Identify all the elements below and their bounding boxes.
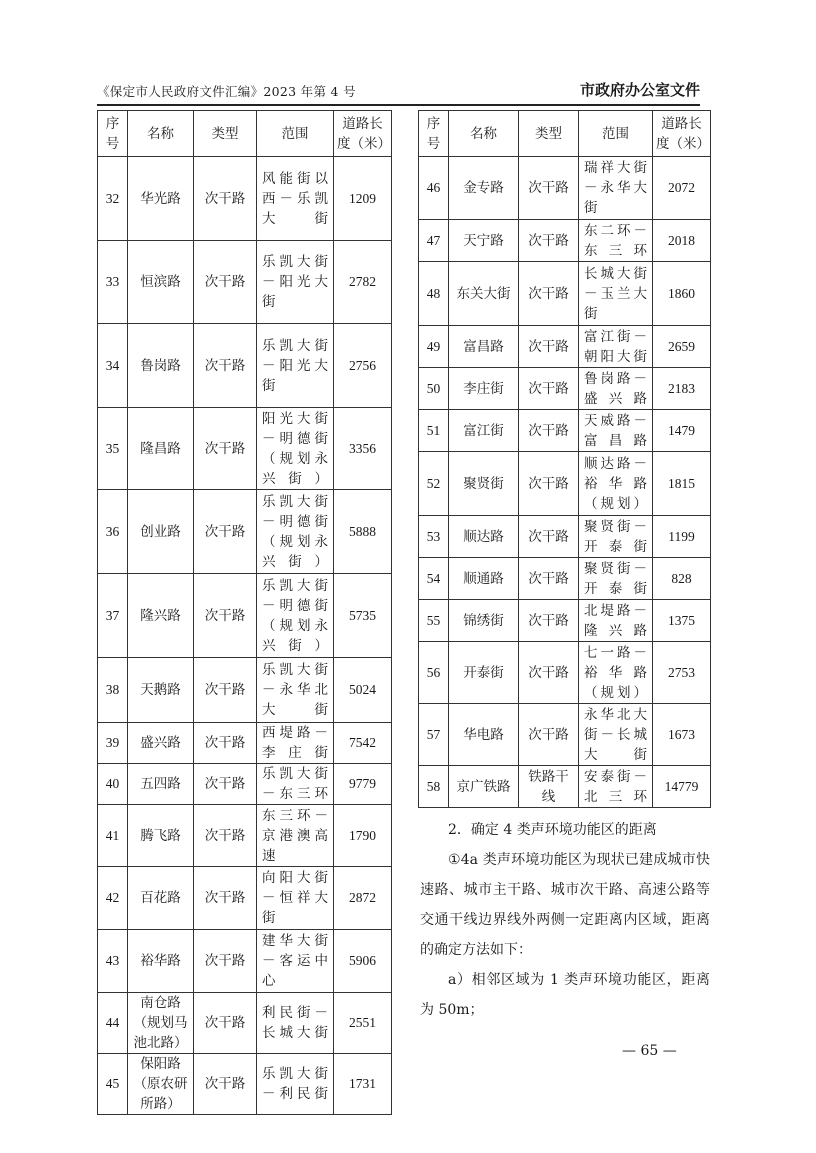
road-length: 3356 — [334, 408, 392, 490]
header-type: 类型 — [194, 111, 257, 157]
road-name: 顺通路 — [449, 558, 519, 600]
table-row: 33恒滨路次干路乐凯大街－阳光大街2782 — [98, 241, 392, 324]
road-type: 次干路 — [194, 993, 257, 1054]
row-number: 44 — [98, 993, 128, 1054]
table-row: 50李庄街次干路鲁岗路－盛兴路2183 — [419, 368, 711, 410]
road-type: 次干路 — [519, 704, 579, 766]
road-range: 富江街－朝阳大街 — [579, 326, 653, 368]
road-name: 东关大街 — [449, 262, 519, 326]
road-name: 鲁岗路 — [128, 324, 194, 408]
road-type: 次干路 — [194, 490, 257, 574]
road-name: 盛兴路 — [128, 723, 194, 764]
table-row: 44南仓路（规划马池北路）次干路利民街－长城大街2551 — [98, 993, 392, 1054]
road-length: 1479 — [653, 410, 711, 452]
row-number: 56 — [419, 642, 449, 704]
table-row: 58京广铁路铁路干线安泰街－北三环14779 — [419, 766, 711, 808]
table-row: 34鲁岗路次干路乐凯大街－阳光大街2756 — [98, 324, 392, 408]
row-number: 36 — [98, 490, 128, 574]
road-range: 永华北大街－长城大街 — [579, 704, 653, 766]
road-length: 1790 — [334, 805, 392, 867]
road-length: 7542 — [334, 723, 392, 764]
table-row: 52聚贤街次干路顺达路－裕华路（规划）1815 — [419, 452, 711, 516]
road-type: 次干路 — [194, 241, 257, 324]
road-length: 2018 — [653, 220, 711, 262]
road-range: 东二环－东三环 — [579, 220, 653, 262]
road-name: 隆昌路 — [128, 408, 194, 490]
road-range: 阳光大街－明德街（规划永兴街） — [257, 408, 334, 490]
row-number: 49 — [419, 326, 449, 368]
row-number: 40 — [98, 764, 128, 805]
road-length: 5735 — [334, 574, 392, 658]
road-range: 风能街以西－乐凯大街 — [257, 157, 334, 241]
road-range: 天威路－富昌路 — [579, 410, 653, 452]
table-row: 45保阳路（原农研所路）次干路乐凯大街－利民街1731 — [98, 1054, 392, 1115]
header-no: 序号 — [98, 111, 128, 157]
road-type: 次干路 — [194, 867, 257, 930]
road-type: 次干路 — [519, 600, 579, 642]
table-row: 32华光路次干路风能街以西－乐凯大街1209 — [98, 157, 392, 241]
paragraph-line: 速路、城市主干路、城市次干路、高速公路等 — [420, 875, 710, 905]
road-type: 次干路 — [194, 805, 257, 867]
road-name: 隆兴路 — [128, 574, 194, 658]
road-type: 次干路 — [519, 516, 579, 558]
road-type: 铁路干线 — [519, 766, 579, 808]
road-name: 华光路 — [128, 157, 194, 241]
road-range: 乐凯大街－阳光大街 — [257, 324, 334, 408]
table-row: 43裕华路次干路建华大街－客运中心5906 — [98, 930, 392, 993]
header-name: 名称 — [449, 111, 519, 157]
row-number: 37 — [98, 574, 128, 658]
road-name: 富昌路 — [449, 326, 519, 368]
road-type: 次干路 — [194, 930, 257, 993]
road-length: 14779 — [653, 766, 711, 808]
road-range: 乐凯大街－利民街 — [257, 1054, 334, 1115]
row-number: 51 — [419, 410, 449, 452]
row-number: 42 — [98, 867, 128, 930]
road-range: 七一路－裕华路（规划） — [579, 642, 653, 704]
section-heading: 2．确定 4 类声环境功能区的距离 — [420, 815, 710, 845]
road-length: 2072 — [653, 157, 711, 220]
road-range: 聚贤街－开泰街 — [579, 558, 653, 600]
table-row: 35隆昌路次干路阳光大街－明德街（规划永兴街）3356 — [98, 408, 392, 490]
road-length: 2183 — [653, 368, 711, 410]
paragraph-line: a）相邻区域为 1 类声环境功能区，距离 — [420, 965, 710, 995]
road-length: 2753 — [653, 642, 711, 704]
road-name: 裕华路 — [128, 930, 194, 993]
paragraph-line: 交通干线边界线外两侧一定距离内区域，距离 — [420, 905, 710, 935]
road-name: 百花路 — [128, 867, 194, 930]
row-number: 34 — [98, 324, 128, 408]
road-name: 聚贤街 — [449, 452, 519, 516]
road-range: 乐凯大街－明德街（规划永兴街） — [257, 574, 334, 658]
row-number: 43 — [98, 930, 128, 993]
paragraph-line: ①4a 类声环境功能区为现状已建成城市快 — [420, 845, 710, 875]
table-row: 36创业路次干路乐凯大街－明德街（规划永兴街）5888 — [98, 490, 392, 574]
road-length: 2659 — [653, 326, 711, 368]
body-text: 2．确定 4 类声环境功能区的距离 ①4a 类声环境功能区为现状已建成城市快 速… — [420, 815, 710, 1025]
road-name: 顺达路 — [449, 516, 519, 558]
road-range: 向阳大街－恒祥大街 — [257, 867, 334, 930]
row-number: 53 — [419, 516, 449, 558]
row-number: 58 — [419, 766, 449, 808]
road-type: 次干路 — [194, 157, 257, 241]
row-number: 46 — [419, 157, 449, 220]
row-number: 55 — [419, 600, 449, 642]
road-name: 锦绣街 — [449, 600, 519, 642]
road-range: 鲁岗路－盛兴路 — [579, 368, 653, 410]
road-name: 南仓路（规划马池北路） — [128, 993, 194, 1054]
road-range: 乐凯大街－明德街（规划永兴街） — [257, 490, 334, 574]
header-length: 道路长度（米） — [334, 111, 392, 157]
page-number: — 65 — — [622, 1043, 677, 1059]
road-type: 次干路 — [519, 220, 579, 262]
road-type: 次干路 — [519, 410, 579, 452]
table-header-row: 序号 名称 类型 范围 道路长度（米） — [98, 111, 392, 157]
row-number: 47 — [419, 220, 449, 262]
table-row: 51富江街次干路天威路－富昌路1479 — [419, 410, 711, 452]
road-type: 次干路 — [519, 558, 579, 600]
road-range: 瑞祥大街－永华大街 — [579, 157, 653, 220]
road-name: 天鹅路 — [128, 658, 194, 723]
row-number: 33 — [98, 241, 128, 324]
row-number: 35 — [98, 408, 128, 490]
road-name: 富江街 — [449, 410, 519, 452]
row-number: 45 — [98, 1054, 128, 1115]
road-length: 5906 — [334, 930, 392, 993]
section-title: 市政府办公室文件 — [580, 79, 700, 100]
table-row: 48东关大街次干路长城大街－玉兰大街1860 — [419, 262, 711, 326]
row-number: 41 — [98, 805, 128, 867]
road-type: 次干路 — [519, 452, 579, 516]
road-name: 天宁路 — [449, 220, 519, 262]
table-row: 49富昌路次干路富江街－朝阳大街2659 — [419, 326, 711, 368]
road-type: 次干路 — [194, 574, 257, 658]
road-length: 2756 — [334, 324, 392, 408]
road-name: 京广铁路 — [449, 766, 519, 808]
table-row: 54顺通路次干路聚贤街－开泰街828 — [419, 558, 711, 600]
table-row: 46金专路次干路瑞祥大街－永华大街2072 — [419, 157, 711, 220]
road-name: 李庄街 — [449, 368, 519, 410]
road-name: 金专路 — [449, 157, 519, 220]
row-number: 39 — [98, 723, 128, 764]
table-row: 53顺达路次干路聚贤街－开泰街1199 — [419, 516, 711, 558]
publication-title: 《保定市人民政府文件汇编》2023 年第 4 号 — [97, 82, 356, 100]
table-row: 55锦绣街次干路北堤路－隆兴路1375 — [419, 600, 711, 642]
row-number: 32 — [98, 157, 128, 241]
road-name: 腾飞路 — [128, 805, 194, 867]
road-type: 次干路 — [519, 642, 579, 704]
road-name: 五四路 — [128, 764, 194, 805]
road-type: 次干路 — [194, 324, 257, 408]
road-length: 1199 — [653, 516, 711, 558]
road-range: 长城大街－玉兰大街 — [579, 262, 653, 326]
header-type: 类型 — [519, 111, 579, 157]
row-number: 57 — [419, 704, 449, 766]
paragraph-line: 的确定方法如下： — [420, 935, 710, 965]
row-number: 38 — [98, 658, 128, 723]
table-header-row: 序号 名称 类型 范围 道路长度（米） — [419, 111, 711, 157]
road-range: 乐凯大街－阳光大街 — [257, 241, 334, 324]
road-length: 1375 — [653, 600, 711, 642]
road-range: 东三环－京港澳高速 — [257, 805, 334, 867]
road-type: 次干路 — [519, 262, 579, 326]
road-length: 2782 — [334, 241, 392, 324]
road-range: 西堤路－李庄街 — [257, 723, 334, 764]
road-range: 聚贤街－开泰街 — [579, 516, 653, 558]
table-row: 57华电路次干路永华北大街－长城大街1673 — [419, 704, 711, 766]
roads-table-left: 序号 名称 类型 范围 道路长度（米） 32华光路次干路风能街以西－乐凯大街12… — [97, 110, 392, 1115]
road-length: 2551 — [334, 993, 392, 1054]
road-name: 恒滨路 — [128, 241, 194, 324]
road-name: 开泰街 — [449, 642, 519, 704]
road-length: 1673 — [653, 704, 711, 766]
header-no: 序号 — [419, 111, 449, 157]
header-name: 名称 — [128, 111, 194, 157]
road-length: 5024 — [334, 658, 392, 723]
road-length: 828 — [653, 558, 711, 600]
header-length: 道路长度（米） — [653, 111, 711, 157]
table-row: 37隆兴路次干路乐凯大街－明德街（规划永兴街）5735 — [98, 574, 392, 658]
row-number: 48 — [419, 262, 449, 326]
road-name: 创业路 — [128, 490, 194, 574]
road-range: 乐凯大街－东三环 — [257, 764, 334, 805]
row-number: 52 — [419, 452, 449, 516]
table-row: 39盛兴路次干路西堤路－李庄街7542 — [98, 723, 392, 764]
header-range: 范围 — [579, 111, 653, 157]
table-row: 56开泰街次干路七一路－裕华路（规划）2753 — [419, 642, 711, 704]
road-range: 建华大街－客运中心 — [257, 930, 334, 993]
row-number: 50 — [419, 368, 449, 410]
road-length: 1731 — [334, 1054, 392, 1115]
road-name: 华电路 — [449, 704, 519, 766]
table-row: 38天鹅路次干路乐凯大街－永华北大街5024 — [98, 658, 392, 723]
row-number: 54 — [419, 558, 449, 600]
header-range: 范围 — [257, 111, 334, 157]
road-type: 次干路 — [194, 764, 257, 805]
page-header: 《保定市人民政府文件汇编》2023 年第 4 号 市政府办公室文件 — [97, 82, 700, 106]
table-row: 47天宁路次干路东二环－东三环2018 — [419, 220, 711, 262]
road-range: 乐凯大街－永华北大街 — [257, 658, 334, 723]
road-type: 次干路 — [519, 368, 579, 410]
road-range: 顺达路－裕华路（规划） — [579, 452, 653, 516]
paragraph-line: 为 50m； — [420, 995, 710, 1025]
road-type: 次干路 — [194, 408, 257, 490]
road-range: 北堤路－隆兴路 — [579, 600, 653, 642]
table-row: 41腾飞路次干路东三环－京港澳高速1790 — [98, 805, 392, 867]
road-length: 2872 — [334, 867, 392, 930]
table-row: 40五四路次干路乐凯大街－东三环9779 — [98, 764, 392, 805]
roads-table-right: 序号 名称 类型 范围 道路长度（米） 46金专路次干路瑞祥大街－永华大街207… — [418, 110, 711, 808]
road-length: 1860 — [653, 262, 711, 326]
road-range: 安泰街－北三环 — [579, 766, 653, 808]
road-range: 利民街－长城大街 — [257, 993, 334, 1054]
road-type: 次干路 — [194, 658, 257, 723]
table-row: 42百花路次干路向阳大街－恒祥大街2872 — [98, 867, 392, 930]
road-length: 1815 — [653, 452, 711, 516]
road-length: 9779 — [334, 764, 392, 805]
road-type: 次干路 — [194, 1054, 257, 1115]
road-type: 次干路 — [194, 723, 257, 764]
road-type: 次干路 — [519, 157, 579, 220]
road-name: 保阳路（原农研所路） — [128, 1054, 194, 1115]
road-type: 次干路 — [519, 326, 579, 368]
road-length: 1209 — [334, 157, 392, 241]
road-length: 5888 — [334, 490, 392, 574]
